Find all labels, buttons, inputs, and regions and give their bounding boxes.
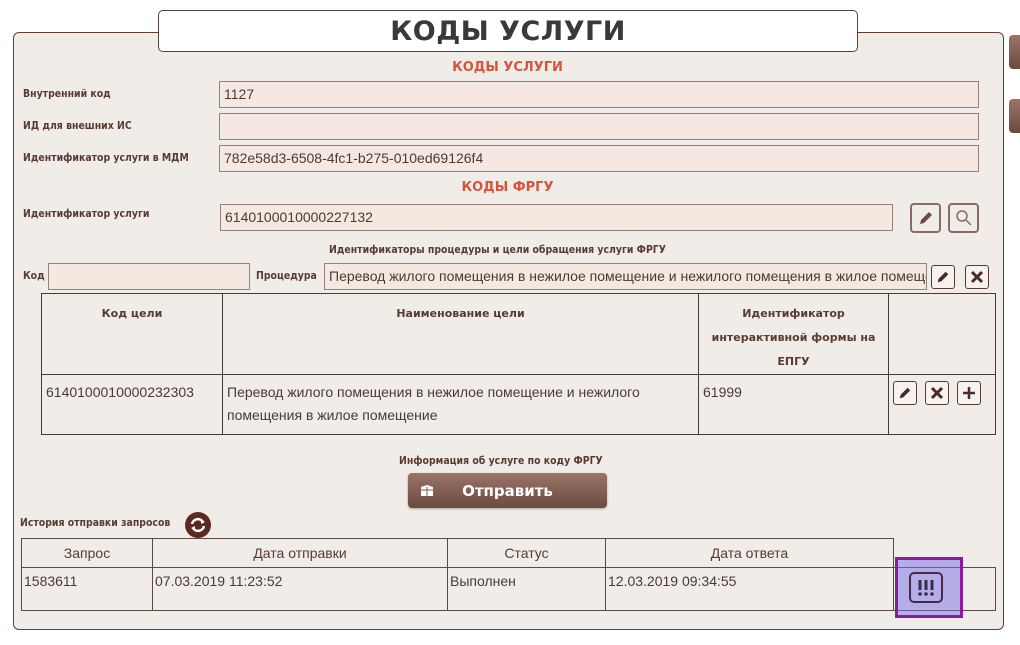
send-button-label: Отправить [436, 482, 579, 500]
refresh-history-button[interactable] [185, 512, 211, 538]
service-id-label: Идентификатор услуги [23, 207, 149, 220]
code-field[interactable] [48, 263, 250, 290]
section-title-frgu: КОДЫ ФРГУ [13, 180, 1002, 195]
external-id-label: ИД для внешних ИС [23, 119, 132, 132]
goals-table: Код цели Наименование цели Идентификатор… [41, 293, 996, 435]
side-tab-2[interactable] [1009, 99, 1020, 133]
close-icon [970, 270, 984, 284]
edit-goal-button[interactable] [893, 381, 917, 405]
history-col-response-date: Дата ответа [606, 539, 894, 568]
goal-form-id-cell: 61999 [699, 375, 889, 435]
status-cell: Выполнен [448, 568, 606, 611]
clear-procedure-button[interactable] [965, 265, 989, 289]
pencil-icon [898, 386, 912, 400]
table-row: 1583611 07.03.2019 11:23:52 Выполнен 12.… [22, 568, 996, 611]
mdm-id-field[interactable]: 782e58d3-6508-4fc1-b275-010ed69126f4 [219, 145, 979, 172]
side-tab-1[interactable] [1009, 35, 1020, 69]
pencil-icon [936, 270, 950, 284]
history-col-request: Запрос [22, 539, 153, 568]
package-icon [418, 484, 436, 498]
procedure-label: Процедура [256, 269, 317, 282]
response-date-cell: 12.03.2019 09:34:55 [606, 568, 894, 611]
procedure-section-title: Идентификаторы процедуры и цели обращени… [329, 243, 666, 256]
edit-procedure-button[interactable] [931, 265, 955, 289]
exclamation-icon [916, 579, 936, 597]
goals-col-actions [889, 294, 996, 375]
goal-name-cell: Перевод жилого помещения в нежилое помещ… [223, 375, 699, 435]
history-title: История отправки запросов [20, 516, 170, 529]
mdm-id-label: Идентификатор услуги в МДМ [23, 151, 189, 164]
service-id-field[interactable]: 6140100010000227132 [220, 204, 893, 231]
magnifier-icon [955, 209, 973, 227]
refresh-icon [189, 516, 207, 534]
external-id-field[interactable] [219, 113, 979, 140]
history-col-sent-date: Дата отправки [153, 539, 448, 568]
plus-icon [962, 386, 976, 400]
internal-code-label: Внутренний код [23, 87, 111, 100]
history-col-status: Статус [448, 539, 606, 568]
goals-col-name: Наименование цели [223, 294, 699, 375]
goal-code-cell: 6140100010000232303 [42, 375, 223, 435]
procedure-field[interactable]: Перевод жилого помещения в нежилое помещ… [324, 263, 927, 290]
delete-goal-button[interactable] [925, 381, 949, 405]
close-icon [930, 386, 944, 400]
section-title-service-codes: КОДЫ УСЛУГИ [13, 60, 1002, 75]
frgu-info-label: Информация об услуге по коду ФРГУ [399, 454, 603, 467]
view-response-button[interactable] [909, 572, 943, 603]
edit-service-id-button[interactable] [910, 203, 941, 233]
search-service-button[interactable] [948, 203, 979, 233]
page-title: КОДЫ УСЛУГИ [158, 10, 858, 52]
goals-col-code: Код цели [42, 294, 223, 375]
table-row: 6140100010000232303 Перевод жилого помещ… [42, 375, 996, 435]
sent-date-cell: 07.03.2019 11:23:52 [153, 568, 448, 611]
internal-code-field[interactable]: 1127 [219, 81, 979, 108]
request-cell: 1583611 [22, 568, 153, 611]
send-button[interactable]: Отправить [408, 473, 607, 508]
pencil-icon [918, 210, 934, 226]
goals-col-form-id: Идентификатор интерактивной формы на ЕПГ… [699, 294, 889, 375]
code-label: Код [23, 269, 45, 282]
add-goal-button[interactable] [957, 381, 981, 405]
history-table: Запрос Дата отправки Статус Дата ответа … [21, 538, 996, 611]
